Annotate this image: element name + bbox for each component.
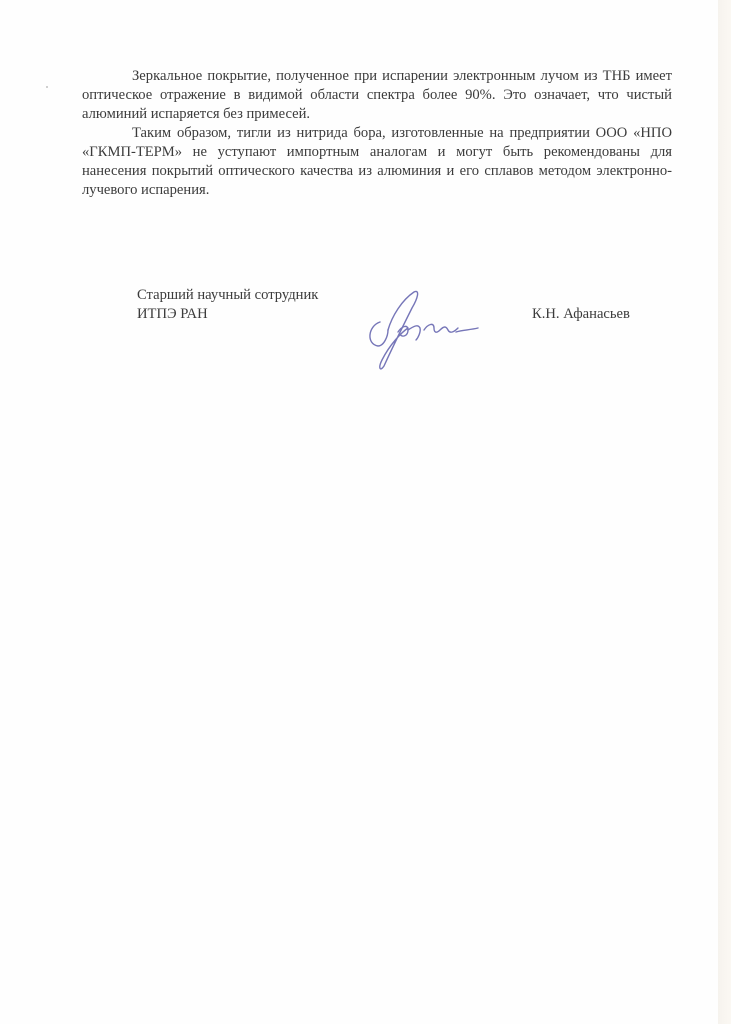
paragraph-reflection: Зеркальное покрытие, полученное при испа… bbox=[82, 67, 672, 124]
scan-edge-strip bbox=[718, 0, 731, 1024]
signatory-block: Старший научный сотрудник ИТПЭ РАН bbox=[137, 286, 318, 324]
signatory-name: К.Н. Афанасьев bbox=[532, 305, 630, 324]
handwritten-signature-icon bbox=[358, 286, 483, 374]
scan-speck bbox=[46, 86, 48, 88]
signatory-organization: ИТПЭ РАН bbox=[137, 305, 318, 324]
paragraph-conclusion: Таким образом, тигли из нитрида бора, из… bbox=[82, 124, 672, 200]
document-body: Зеркальное покрытие, полученное при испа… bbox=[82, 67, 672, 200]
signatory-position: Старший научный сотрудник bbox=[137, 286, 318, 305]
